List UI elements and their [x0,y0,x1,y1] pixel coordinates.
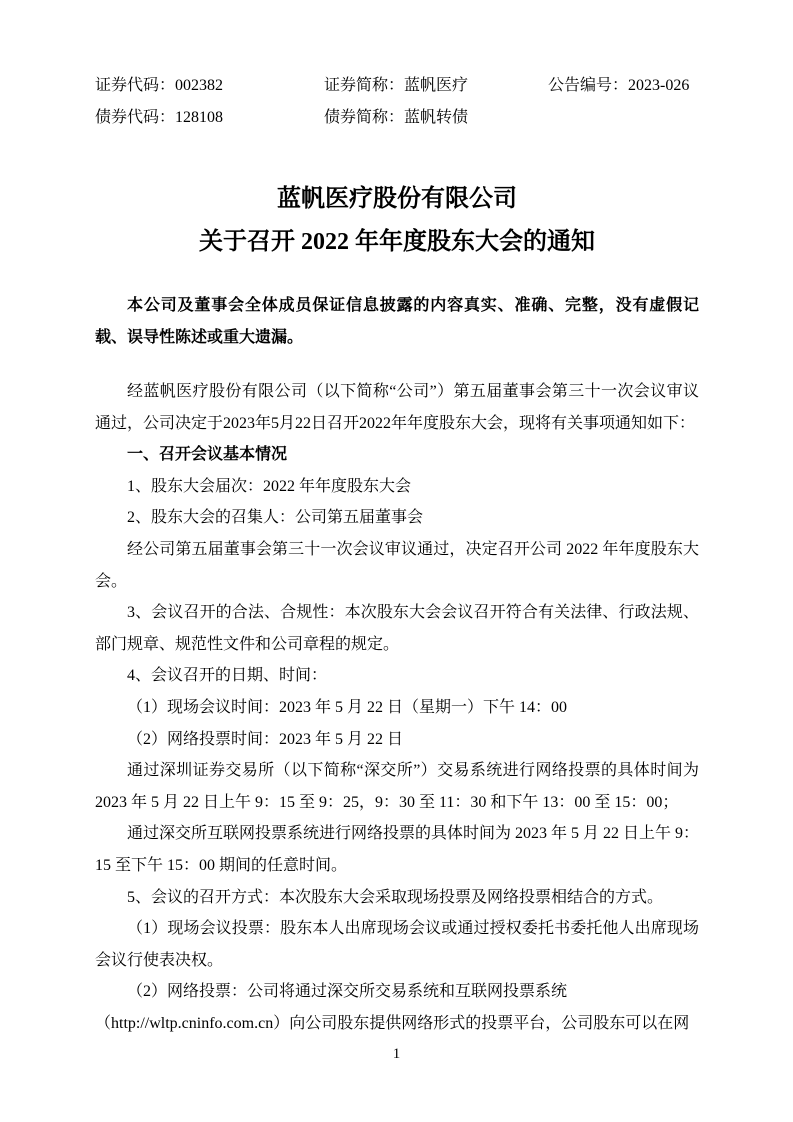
bond-name-label: 债券简称： [324,109,404,126]
bond-name-value: 蓝帆转债 [404,109,468,126]
item-convener: 2、股东大会的召集人：公司第五届董事会 [95,502,699,534]
stock-name-label: 证券简称： [324,77,404,94]
item-date-time: 4、会议召开的日期、时间： [95,660,699,692]
sub-item-onsite-meeting-time: （1）现场会议时间：2023 年 5 月 22 日（星期一）下午 14：00 [95,692,699,724]
announcement-number-label: 公告编号： [548,77,628,94]
sub-item-online-voting: （2）网络投票：公司将通过深交所交易系统和互联网投票系统（http://wltp… [95,976,699,1039]
stock-code: 证券代码：002382 [95,70,324,102]
item-meeting-session: 1、股东大会届次：2022 年年度股东大会 [95,471,699,503]
document-body: 经蓝帆医疗股份有限公司（以下简称“公司”）第五届董事会第三十一次会议审议通过，公… [95,376,699,1039]
para-board-approval: 经公司第五届董事会第三十一次会议审议通过，决定召开公司 2022 年年度股东大会… [95,534,699,597]
bond-code: 债券代码：128108 [95,102,324,134]
document-title: 蓝帆医疗股份有限公司 关于召开 2022 年年度股东大会的通知 [95,178,699,264]
para-internet-voting-time: 通过深交所互联网投票系统进行网络投票的具体时间为 2023 年 5 月 22 日… [95,818,699,881]
sub-item-onsite-voting: （1）现场会议投票：股东本人出席现场会议或通过授权委托书委托他人出席现场会议行使… [95,913,699,976]
page-number: 1 [0,1044,793,1064]
company-name-title: 蓝帆医疗股份有限公司 [95,178,699,221]
intro-paragraph: 经蓝帆医疗股份有限公司（以下简称“公司”）第五届董事会第三十一次会议审议通过，公… [95,376,699,439]
stock-code-value: 002382 [175,77,223,94]
item-meeting-method: 5、会议的召开方式：本次股东大会采取现场投票及网络投票相结合的方式。 [95,882,699,914]
document-page: 证券代码：002382 证券简称：蓝帆医疗 公告编号：2023-026 债券代码… [0,0,793,1122]
header-row-bond: 债券代码：128108 债券简称：蓝帆转债 [95,102,699,134]
stock-code-label: 证券代码： [95,77,175,94]
header-spacer [548,102,699,134]
announcement-number-value: 2023-026 [628,77,689,94]
document-header: 证券代码：002382 证券简称：蓝帆医疗 公告编号：2023-026 债券代码… [95,70,699,134]
item-legality: 3、会议召开的合法、合规性：本次股东大会会议召开符合有关法律、行政法规、部门规章… [95,597,699,660]
stock-name: 证券简称：蓝帆医疗 [324,70,548,102]
notice-subject-title: 关于召开 2022 年年度股东大会的通知 [95,221,699,264]
bond-code-value: 128108 [175,109,223,126]
stock-name-value: 蓝帆医疗 [404,77,468,94]
para-trading-system-voting-time: 通过深圳证券交易所（以下简称“深交所”）交易系统进行网络投票的具体时间为 202… [95,755,699,818]
section-heading-basic-info: 一、召开会议基本情况 [95,439,699,471]
bond-name: 债券简称：蓝帆转债 [324,102,548,134]
disclaimer-statement: 本公司及董事会全体成员保证信息披露的内容真实、准确、完整，没有虚假记载、误导性陈… [95,290,699,354]
announcement-number: 公告编号：2023-026 [548,70,699,102]
header-row-securities: 证券代码：002382 证券简称：蓝帆医疗 公告编号：2023-026 [95,70,699,102]
sub-item-online-voting-time: （2）网络投票时间：2023 年 5 月 22 日 [95,724,699,756]
bond-code-label: 债券代码： [95,109,175,126]
